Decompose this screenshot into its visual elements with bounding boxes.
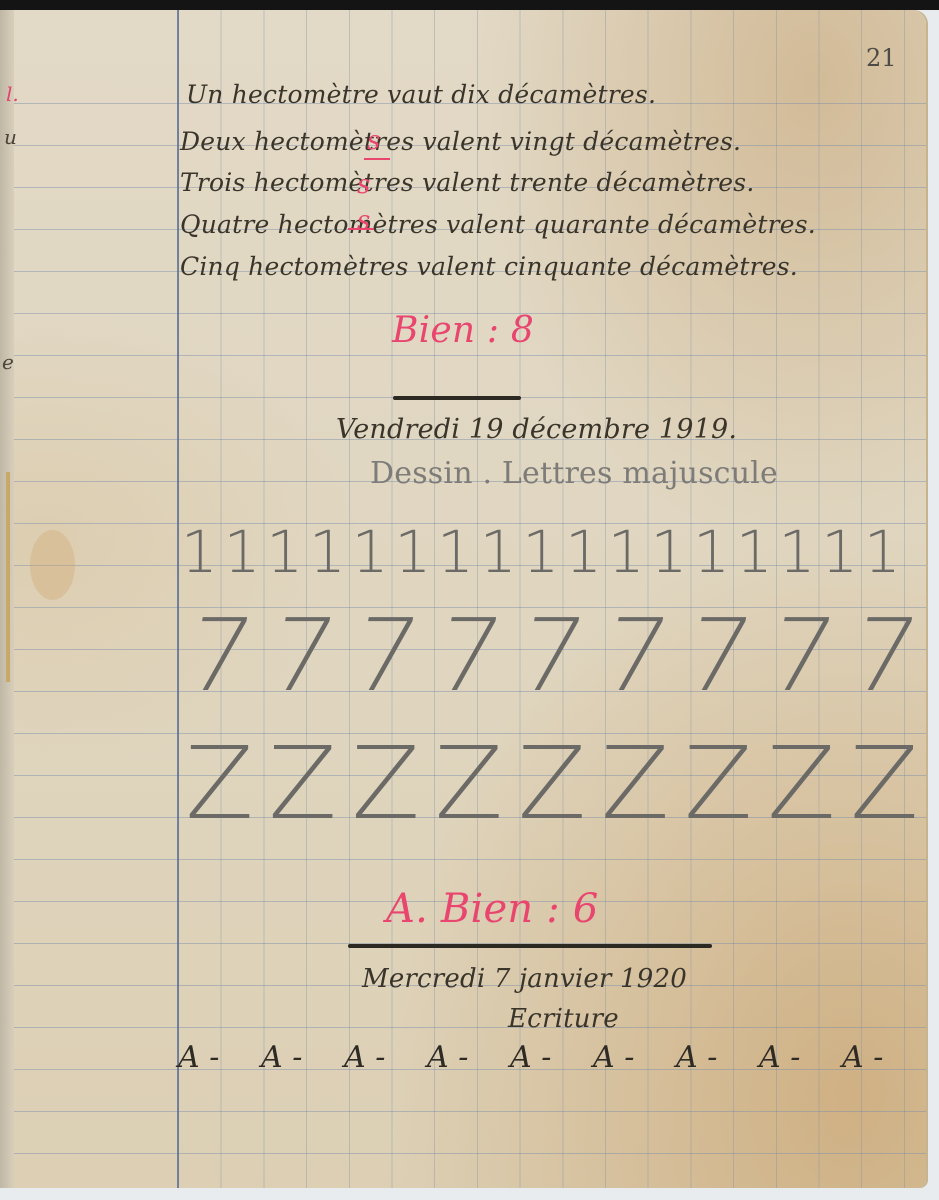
- date-heading: Mercredi 7 janvier 1920: [362, 964, 687, 994]
- drawn-glyph: 1: [178, 522, 221, 582]
- drawn-glyph: 1: [818, 522, 861, 582]
- drawn-glyph: Z: [178, 734, 261, 834]
- margin-line: [177, 10, 179, 1188]
- binding-thread: [6, 472, 10, 682]
- text-line: Trois hectomètres valent trente décamètr…: [180, 168, 754, 197]
- drawn-glyph: 1: [263, 522, 306, 582]
- practice-letter: A -: [178, 1040, 255, 1075]
- correction-underline: [364, 158, 390, 160]
- practice-row-ones: 1 1 1 1 1 1 1 1 1 1 1 1 1 1 1 1 1: [178, 522, 926, 582]
- page-number: 21: [866, 44, 897, 72]
- text-line: Cinq hectomètres valent cinquante décamè…: [180, 252, 798, 281]
- practice-letter: A -: [427, 1040, 504, 1075]
- drawn-glyph: 1: [562, 522, 605, 582]
- drawn-glyph: 1: [861, 522, 904, 582]
- drawn-glyph: 1: [477, 522, 520, 582]
- grade-mark: Bien : 8: [392, 310, 534, 351]
- drawn-glyph: 1: [520, 522, 563, 582]
- scan-top-edge: [0, 0, 939, 10]
- red-correction: s: [357, 170, 370, 200]
- drawn-glyph: 1: [776, 522, 819, 582]
- drawn-glyph: 1: [434, 522, 477, 582]
- drawn-glyph: 1: [733, 522, 776, 582]
- grade-mark: A. Bien : 6: [386, 886, 599, 932]
- previous-page-mark: e: [2, 350, 14, 374]
- practice-letter: A -: [842, 1040, 919, 1075]
- drawn-glyph: Z: [427, 734, 510, 834]
- drawn-glyph: 1: [605, 522, 648, 582]
- text-line: Quatre hectomètres valent quarante décam…: [180, 210, 816, 239]
- practice-letter: A -: [676, 1040, 753, 1075]
- red-correction: s: [367, 126, 380, 156]
- practice-letter: A -: [510, 1040, 587, 1075]
- previous-page-mark: u: [4, 125, 17, 149]
- drawn-glyph: 1: [306, 522, 349, 582]
- correction-underline: [348, 228, 374, 230]
- section-divider: [393, 396, 521, 400]
- notebook-page: l. u e 21 Un hectomètre vaut dix décamèt…: [0, 10, 926, 1188]
- section-divider: [348, 944, 712, 948]
- drawn-glyph: Z: [677, 734, 760, 834]
- drawn-glyph: Z: [760, 734, 843, 834]
- drawn-glyph: 1: [648, 522, 691, 582]
- practice-row-z-shapes: Z Z Z Z Z Z Z Z Z: [178, 734, 926, 834]
- lesson-title: Dessin . Lettres majuscule: [370, 456, 778, 491]
- previous-page-mark: l.: [6, 82, 19, 106]
- drawn-glyph: 1: [391, 522, 434, 582]
- drawn-glyph: Z: [510, 734, 593, 834]
- practice-letter: A -: [344, 1040, 421, 1075]
- handwriting-practice-row: A - A - A - A - A - A - A - A - A -: [178, 1040, 919, 1075]
- drawn-glyph: 1: [349, 522, 392, 582]
- practice-letter: A -: [261, 1040, 338, 1075]
- practice-row-sevens: 7 7 7 7 7 7 7 7 7: [178, 606, 926, 706]
- drawn-glyph: Z: [594, 734, 677, 834]
- drawn-glyph: Z: [843, 734, 926, 834]
- drawn-glyph: Z: [261, 734, 344, 834]
- drawn-glyph: 7: [834, 606, 935, 706]
- practice-letter: A -: [759, 1040, 836, 1075]
- text-line: Un hectomètre vaut dix décamètres.: [186, 80, 656, 109]
- lesson-title: Ecriture: [508, 1004, 619, 1034]
- red-correction: s: [357, 206, 370, 236]
- drawn-glyph: 1: [221, 522, 264, 582]
- practice-letter: A -: [593, 1040, 670, 1075]
- text-line: Deux hectomètres valent vingt décamètres…: [180, 127, 741, 156]
- drawn-glyph: 1: [690, 522, 733, 582]
- paper-stain: [30, 530, 75, 600]
- drawn-glyph: Z: [344, 734, 427, 834]
- date-heading: Vendredi 19 décembre 1919.: [336, 414, 737, 445]
